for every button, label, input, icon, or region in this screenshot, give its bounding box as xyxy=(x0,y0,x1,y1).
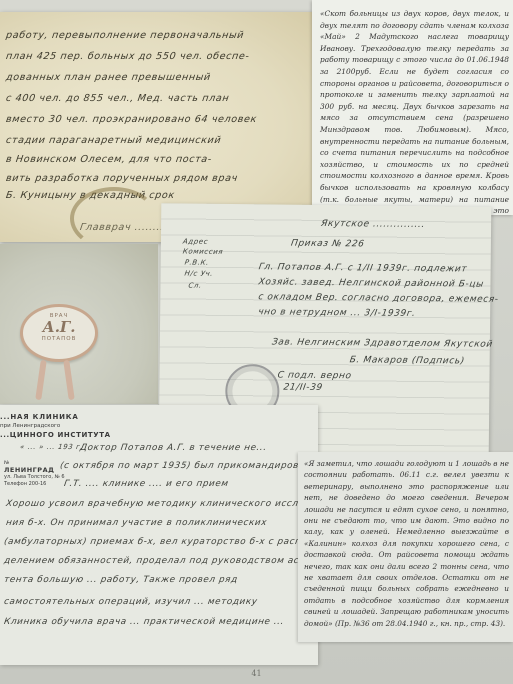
clinic-address: № ЛЕНИНГРАД ул. Льва Толстого, № 6 Телеф… xyxy=(4,460,65,488)
order-body-line: Хозяйс. завед. Нелгинской районной Б-цы xyxy=(258,277,485,289)
order-stamp-note: С подл. верно xyxy=(277,371,352,382)
clinic-date-line: « ... » ... 193 г. xyxy=(19,443,83,451)
letter-line: с 400 чел. до 855 чел., Мед. часть план xyxy=(5,93,230,104)
order-field-label: Адрес xyxy=(182,238,208,246)
quote-text-top: «Скот больницы из двух коров, двух телок… xyxy=(320,8,509,228)
letter-line: вить разработка порученных рядом врач xyxy=(5,173,238,184)
clinic-line: делением обязанностей, проделал под руко… xyxy=(3,556,321,566)
address-city: ЛЕНИНГРАД xyxy=(4,467,65,474)
order-body-line: чно в нетрудном ... 3/I-1939г. xyxy=(257,307,416,319)
ornament-stem-icon xyxy=(63,360,75,400)
faded-stamp-icon xyxy=(70,187,158,242)
doctor-medallion-icon: ВРАЧ А.Г. ПОТАПОВ xyxy=(20,304,98,362)
order-signature-line: Зав. Нелгинским Здравотделом Якутской xyxy=(271,337,493,349)
quote-box-top: «Скот больницы из двух коров, двух телок… xyxy=(312,0,513,215)
clinic-line: (амбулаторных) приемах б-х, вел кураторс… xyxy=(3,537,318,547)
order-header-right: Якутское ............... xyxy=(320,219,425,230)
clinic-line: Клиника обучила врача ... практической м… xyxy=(3,617,284,627)
letterhead-line: ...ЦИННОГО ИНСТИТУТА xyxy=(0,431,111,439)
clinic-line: (с октября по март 1935) был прикомандир… xyxy=(59,461,321,471)
order-title: Приказ № 226 xyxy=(290,239,365,250)
letter-line: в Новинском Олесем, для что поста- xyxy=(5,154,212,165)
letter-line: вместо 30 чел. проэкранировано 64 челове… xyxy=(5,114,257,125)
address-street: ул. Льва Толстого, № 6 xyxy=(4,474,65,481)
letter-line: дованных план ранее превышенный xyxy=(5,72,211,83)
order-date: 21/II-39 xyxy=(283,383,324,393)
clinic-line: самостоятельных операций, изучил ... мет… xyxy=(3,597,258,607)
letter-line: стадии параганаретный медицинский xyxy=(5,135,222,146)
medallion-bottom-text: ПОТАПОВ xyxy=(23,336,95,342)
order-field-label: Н/с Уч. xyxy=(184,270,214,278)
order-field-label: Сл. xyxy=(188,282,203,290)
order-field-label: Р.В.К. xyxy=(184,259,209,267)
clinic-letterhead: ...НАЯ КЛИНИКА при Ленинградского ...ЦИН… xyxy=(0,413,111,439)
order-body-line: Гл. Потапов А.Г. с 1/II 1939г. подлежит xyxy=(258,262,468,274)
letterhead-line: ...НАЯ КЛИНИКА xyxy=(0,413,111,421)
clinic-line: тента большую ... работу, Также провел р… xyxy=(3,575,238,585)
page-number: 41 xyxy=(0,669,513,678)
letter-line: план 425 пер. больных до 550 чел. обеспе… xyxy=(5,51,250,62)
ornament-stem-icon xyxy=(35,360,47,400)
clinic-letter: ...НАЯ КЛИНИКА при Ленинградского ...ЦИН… xyxy=(0,405,318,665)
medallion-monogram: А.Г. xyxy=(23,319,95,336)
order-signature-name: Б. Макаров (Подпись) xyxy=(349,355,466,366)
quote-box-bottom: «Я заметил, что лошади голодуют и 1 лоша… xyxy=(298,452,513,642)
clinic-line: Г.Т. .... клинике .... и его прием xyxy=(63,479,229,489)
medallion-photo: ВРАЧ А.Г. ПОТАПОВ xyxy=(0,244,158,404)
letterhead-line: при Ленинградского xyxy=(0,423,111,429)
clinic-line: Доктор Потапов А.Г. в течение не... xyxy=(79,443,267,453)
order-body-line: с окладом Вер. согласно договора, ежемес… xyxy=(258,292,500,305)
clinic-line: ния б-х. Он принимал участие в поликлини… xyxy=(5,518,267,528)
letter-line: работу, перевыполнение первоначальный xyxy=(5,30,245,41)
address-phone: Телефон 200-16 xyxy=(4,481,65,488)
quote-text-bottom: «Я заметил, что лошади голодуют и 1 лоша… xyxy=(304,458,509,629)
clinic-line: Хорошо усвоил врачебную методику клиниче… xyxy=(5,499,333,509)
order-field-label: Комиссия xyxy=(182,248,224,256)
